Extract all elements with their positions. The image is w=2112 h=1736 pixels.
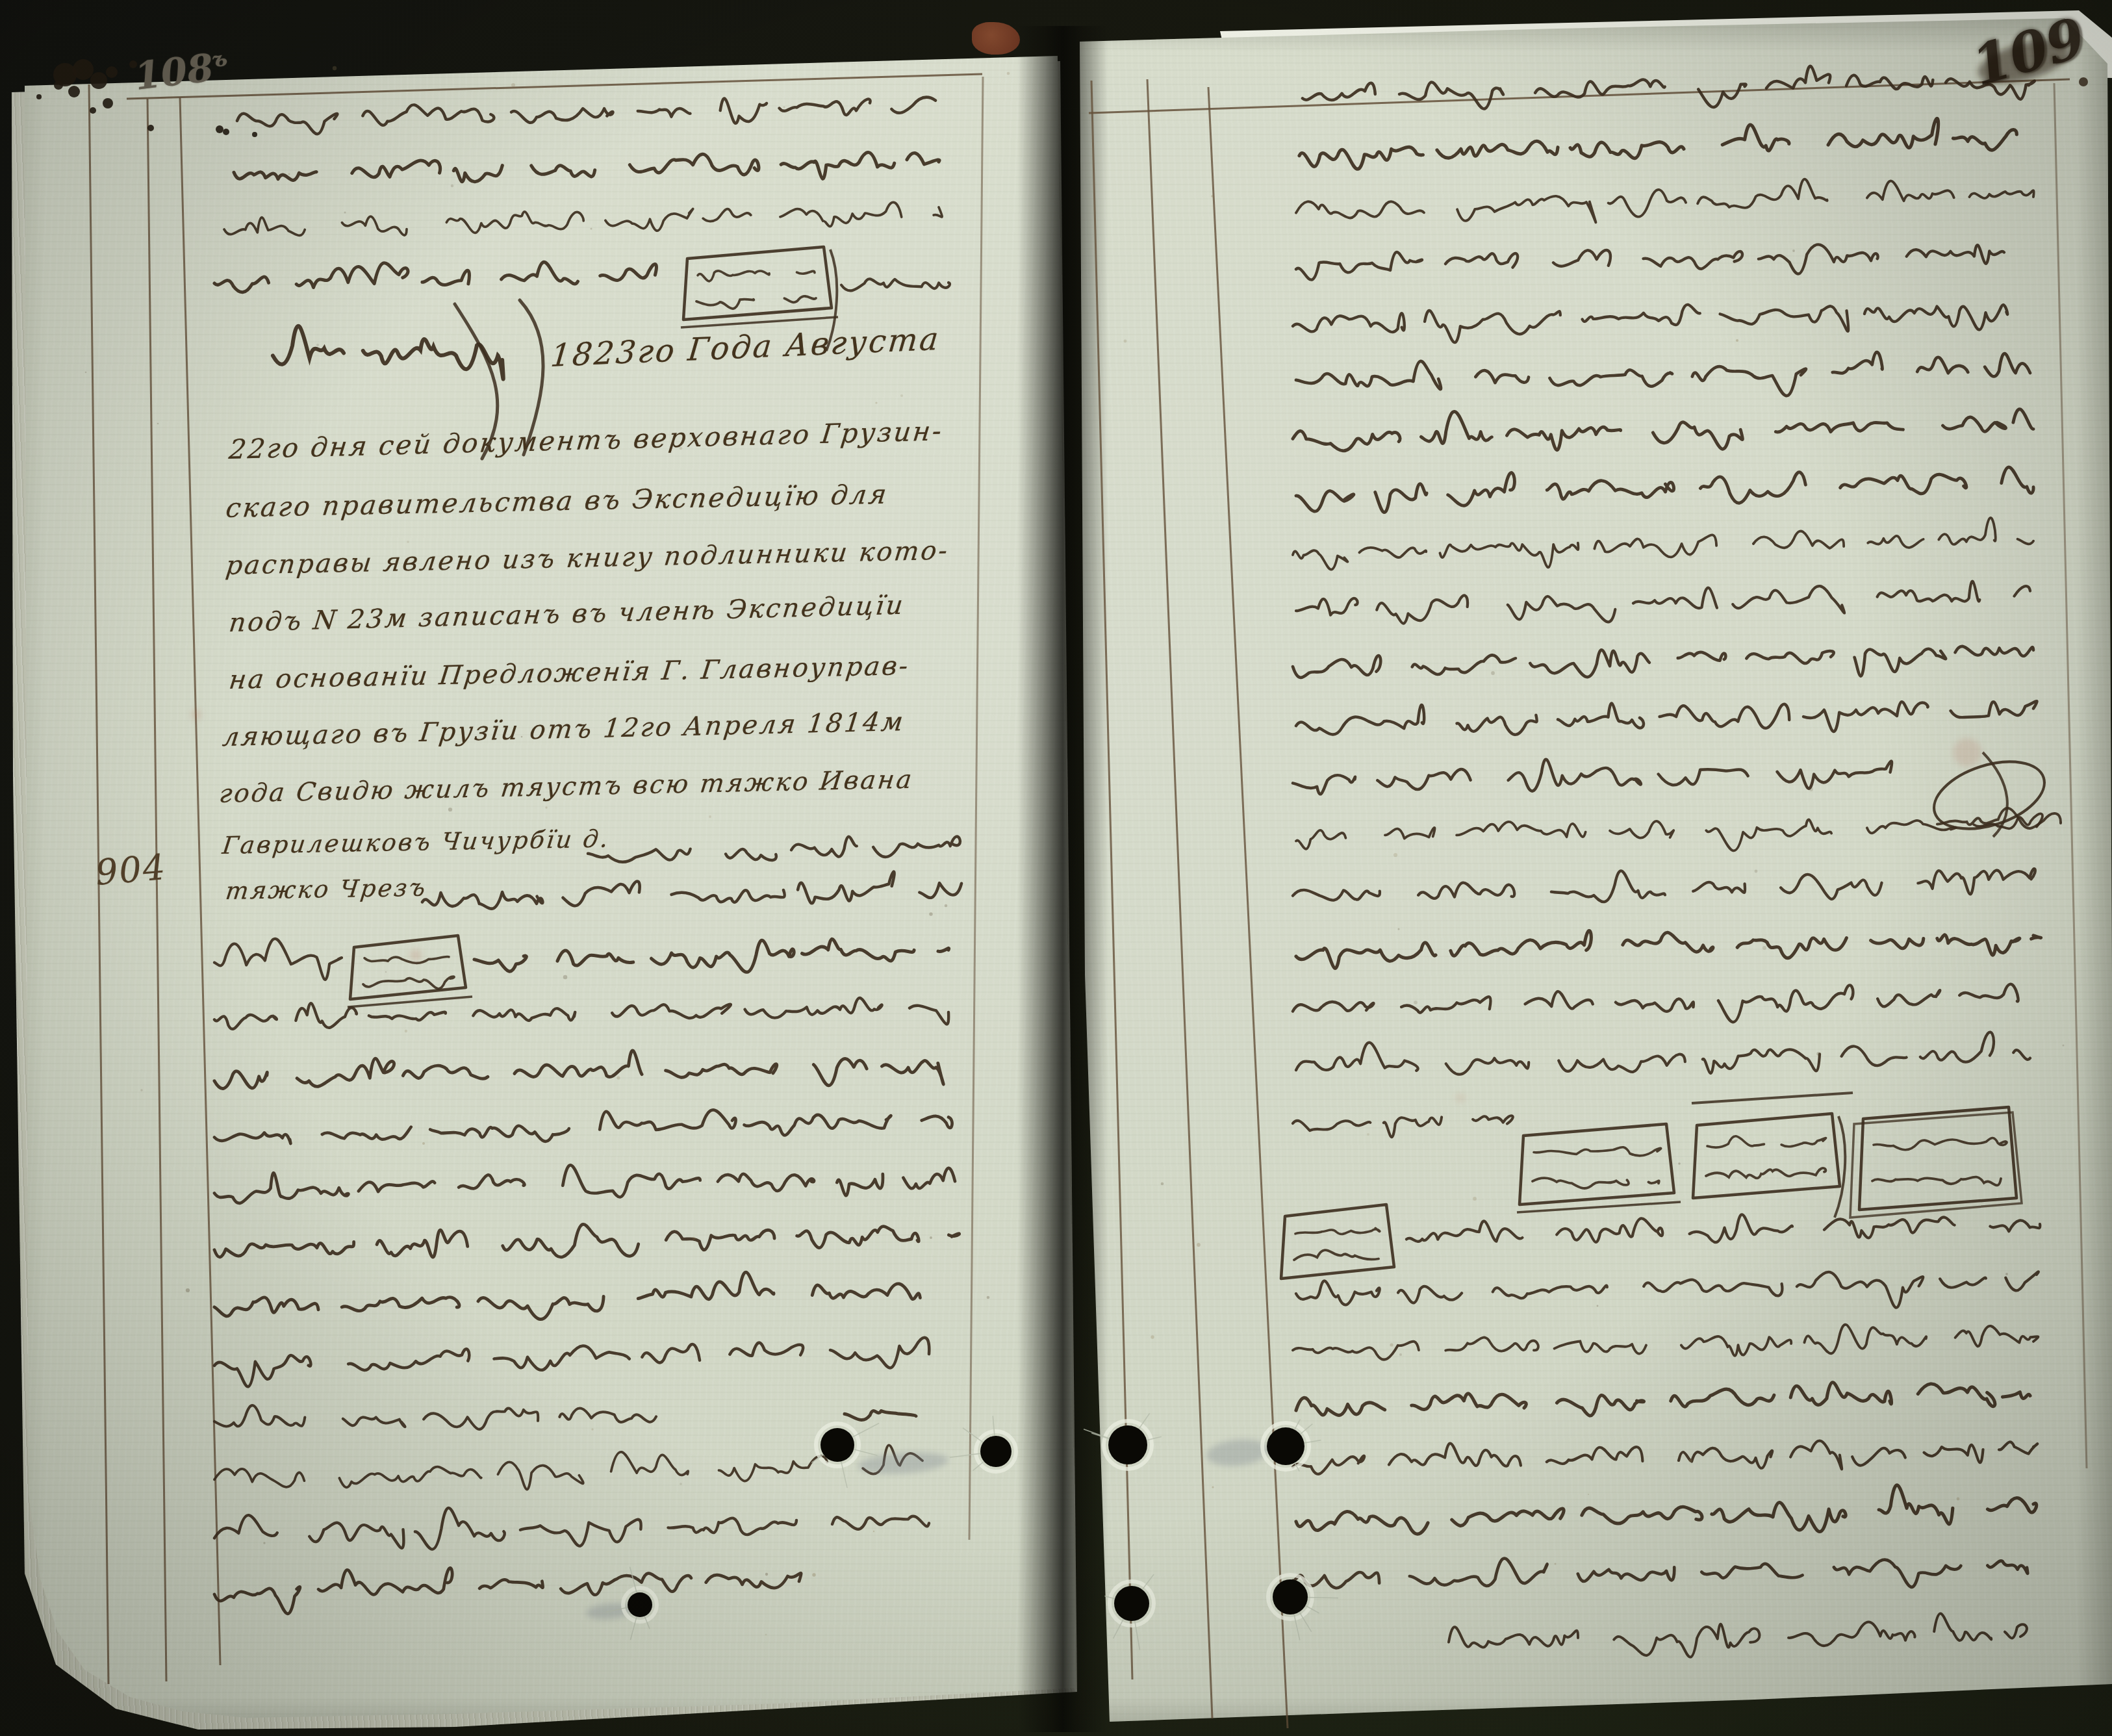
spine-headband (972, 22, 1020, 55)
margin-entry-number: 904 (94, 847, 168, 893)
manuscript-scan-canvas: { "scene": { "background_color": "#16170… (0, 0, 2112, 1736)
left-page-number-suffix: ъ (210, 46, 229, 73)
gutter-shadow (1017, 26, 1108, 1732)
russian-line: тяжко Чрезъ (224, 873, 429, 905)
